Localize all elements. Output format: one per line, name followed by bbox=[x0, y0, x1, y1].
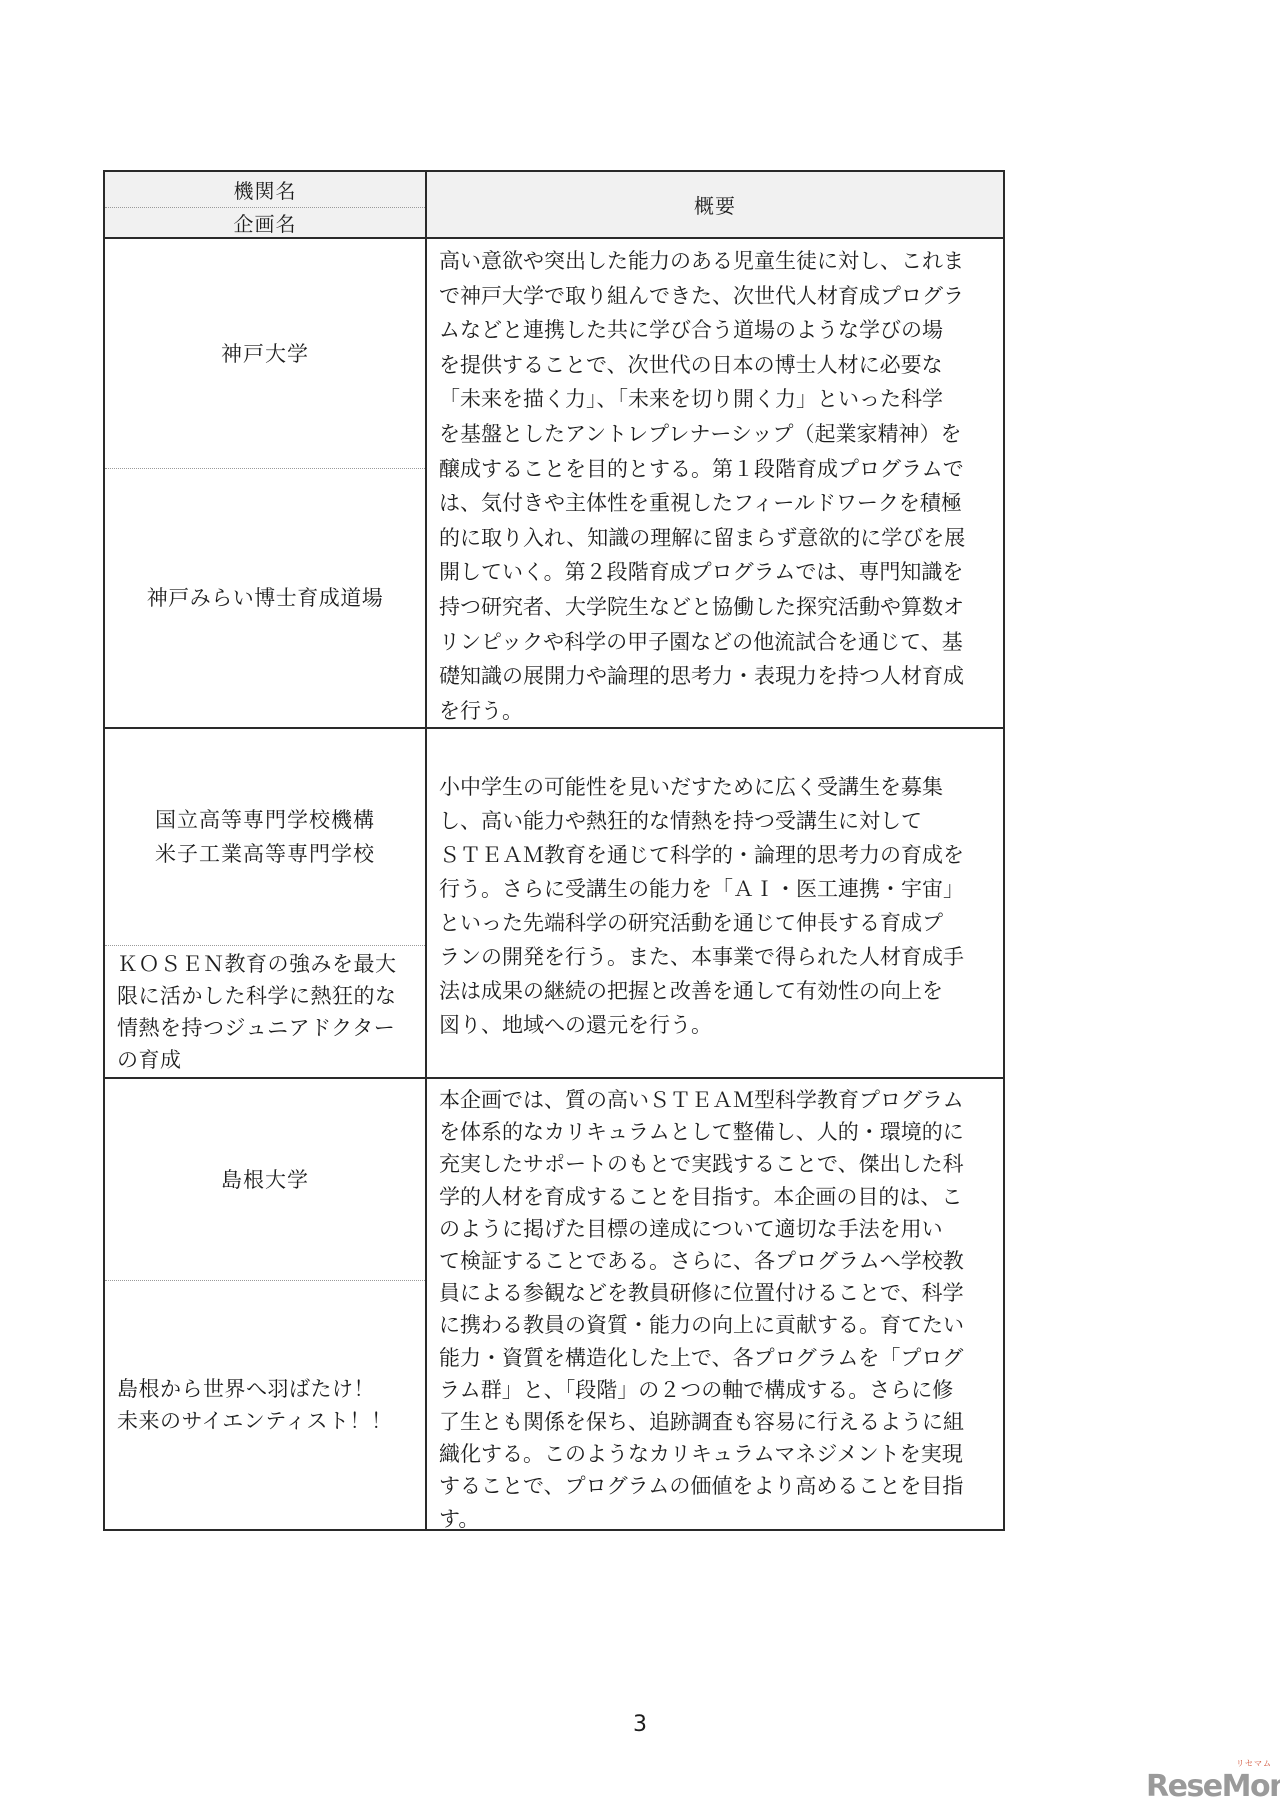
watermark-ruby-text: リセマム bbox=[1236, 1758, 1272, 1769]
table-row: 国立高等専門学校機構 米子工業高等専門学校 ＫＯＳＥＮ教育の強みを最大 限に活か… bbox=[105, 727, 1003, 1077]
row2-overview-cell: 小中学生の可能性を見いだすために広く受講生を募集 し、高い能力や熱狂的な情熱を持… bbox=[427, 729, 1003, 1077]
row1-institution-name: 神戸大学 bbox=[105, 239, 425, 469]
row3-institution-name: 島根大学 bbox=[105, 1079, 425, 1281]
document-page: 機関名 企画名 概要 神戸大学 神戸みらい博士育成道場 高い意欲や突出した能力の… bbox=[0, 0, 1280, 1810]
table-row: 神戸大学 神戸みらい博士育成道場 高い意欲や突出した能力のある児童生徒に対し、こ… bbox=[105, 237, 1003, 727]
table-row: 島根大学 島根から世界へ羽ばたけ！ 未来のサイエンティスト！！ 本企画では、質の… bbox=[105, 1077, 1003, 1529]
header-program-label: 企画名 bbox=[105, 208, 425, 237]
row2-left-column: 国立高等専門学校機構 米子工業高等専門学校 ＫＯＳＥＮ教育の強みを最大 限に活か… bbox=[105, 729, 427, 1077]
resemom-watermark: リセマム ReseMom. bbox=[1146, 1758, 1276, 1804]
resemom-logo: ReseMom. bbox=[1146, 1769, 1280, 1804]
programs-table: 機関名 企画名 概要 神戸大学 神戸みらい博士育成道場 高い意欲や突出した能力の… bbox=[103, 170, 1005, 1531]
row3-left-column: 島根大学 島根から世界へ羽ばたけ！ 未来のサイエンティスト！！ bbox=[105, 1079, 427, 1529]
row1-program-name: 神戸みらい博士育成道場 bbox=[105, 469, 425, 727]
row2-program-name: ＫＯＳＥＮ教育の強みを最大 限に活かした科学に熱狂的な 情熱を持つジュニアドクタ… bbox=[105, 946, 425, 1077]
row3-overview-cell: 本企画では、質の高いＳＴＥＡＭ型科学教育プログラム を体系的なカリキュラムとして… bbox=[427, 1079, 1003, 1529]
header-overview-label: 概要 bbox=[427, 172, 1003, 237]
row1-overview-text: 高い意欲や突出した能力のある児童生徒に対し、これま で神戸大学で取り組んできた、… bbox=[427, 239, 1003, 727]
row1-overview-cell: 高い意欲や突出した能力のある児童生徒に対し、これま で神戸大学で取り組んできた、… bbox=[427, 239, 1003, 727]
row3-overview-text: 本企画では、質の高いＳＴＥＡＭ型科学教育プログラム を体系的なカリキュラムとして… bbox=[427, 1079, 1003, 1529]
row2-institution-name: 国立高等専門学校機構 米子工業高等専門学校 bbox=[105, 729, 425, 946]
row1-left-column: 神戸大学 神戸みらい博士育成道場 bbox=[105, 239, 427, 727]
row2-overview-text: 小中学生の可能性を見いだすために広く受講生を募集 し、高い能力や熱狂的な情熱を持… bbox=[427, 729, 1003, 1077]
row3-program-name: 島根から世界へ羽ばたけ！ 未来のサイエンティスト！！ bbox=[105, 1281, 425, 1529]
table-header-row: 機関名 企画名 概要 bbox=[105, 172, 1003, 237]
page-number: 3 bbox=[0, 1712, 1280, 1737]
header-left-column: 機関名 企画名 bbox=[105, 172, 427, 237]
header-institution-label: 機関名 bbox=[105, 172, 425, 208]
